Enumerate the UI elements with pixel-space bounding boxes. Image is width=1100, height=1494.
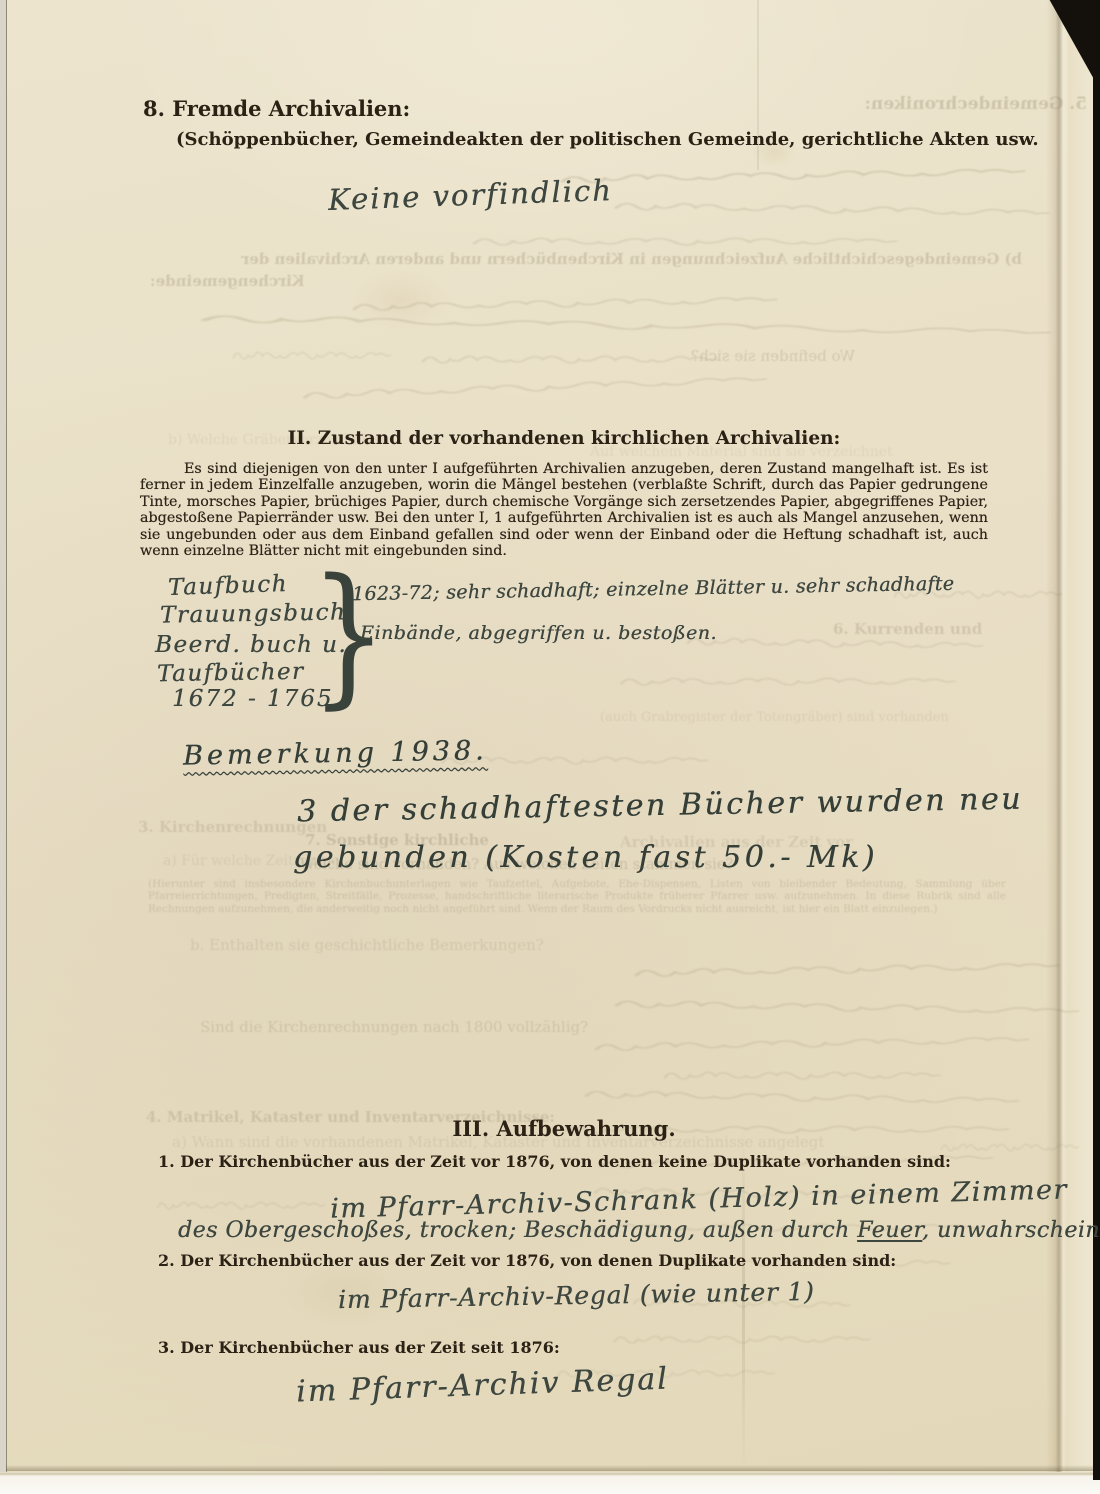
- bleed-through-handwriting: [470, 234, 900, 250]
- remark-1938-heading: Bemerkung 1938.: [183, 735, 488, 771]
- bleed-through-handwriting: [156, 1198, 326, 1214]
- question-1: 1. Der Kirchenbücher aus der Zeit vor 18…: [158, 1152, 951, 1171]
- bleed-through-handwriting: [662, 1068, 942, 1084]
- bleed-through-text: Sind die Kirchenrechnungen nach 1800 vol…: [200, 1018, 700, 1036]
- bleed-through-text: Kirchengemeinde:: [150, 272, 1022, 290]
- bleed-through-handwriting: [612, 1332, 872, 1348]
- underlying-pages-edge: [0, 1472, 1100, 1494]
- adjacent-page-edge: [1068, 0, 1093, 1472]
- answer-1-line-2-pre: des Obergeschoßes, trocken; Beschädigung…: [178, 1218, 857, 1243]
- answer-1-underlined-word: Feuer: [857, 1218, 922, 1243]
- question-3: 3. Der Kirchenbücher aus der Zeit seit 1…: [158, 1338, 560, 1357]
- remark-line: gebunden (Kosten fast 50.- Mk): [293, 840, 878, 875]
- page-bottom-edge: [6, 1465, 1093, 1471]
- scan-right-edge: [1093, 0, 1100, 1480]
- book-list-item: Taufbücher: [157, 659, 305, 688]
- section-ii-instructions: Es sind diejenigen von den unter I aufge…: [140, 461, 988, 559]
- condition-note-line: Einbände, abgegriffen u. bestoßen.: [360, 622, 717, 644]
- bleed-through-text: (Hierunter sind insbesondere Kirchenbuch…: [148, 878, 1006, 915]
- book-list-item: Taufbuch: [168, 571, 289, 601]
- bleed-through-handwriting: [420, 352, 720, 368]
- question-2: 2. Der Kirchenbücher aus der Zeit vor 18…: [158, 1251, 896, 1270]
- bleed-through-handwriting: [232, 348, 392, 364]
- scan-left-edge: [0, 0, 7, 1494]
- answer-1-line-2: des Obergeschoßes, trocken; Beschädigung…: [178, 1218, 1100, 1243]
- bleed-through-text: 6. Kurrenden und: [833, 620, 1068, 638]
- bleed-through-text: (auch Grabregister der Totengräber) sind…: [600, 710, 1030, 725]
- bleed-through-handwriting: [940, 1140, 1080, 1156]
- bleed-through-text: b) Gemeindegeschichtliche Aufzeichnungen…: [150, 250, 1022, 268]
- section-ii-heading: II. Zustand der vorhandenen kirchlichen …: [140, 428, 988, 449]
- bleed-through-text: b. Enthalten sie geschichtliche Bemerkun…: [190, 936, 650, 954]
- section-8-heading: 8. Fremde Archivalien:: [143, 96, 410, 121]
- answer-1-line-2-post: , unwahrscheinlich.: [922, 1218, 1100, 1243]
- section-iii-heading: III. Aufbewahrung.: [140, 1116, 988, 1141]
- bleed-through-text: 5. Gemeindechroniken:: [835, 94, 1087, 114]
- section-8-subheading: (Schöppenbücher, Gemeindeakten der polit…: [176, 129, 1039, 150]
- bleed-through-handwriting: [618, 674, 958, 690]
- scanned-document-page: 5. Gemeindechroniken:b) Gemeindegeschich…: [0, 0, 1100, 1494]
